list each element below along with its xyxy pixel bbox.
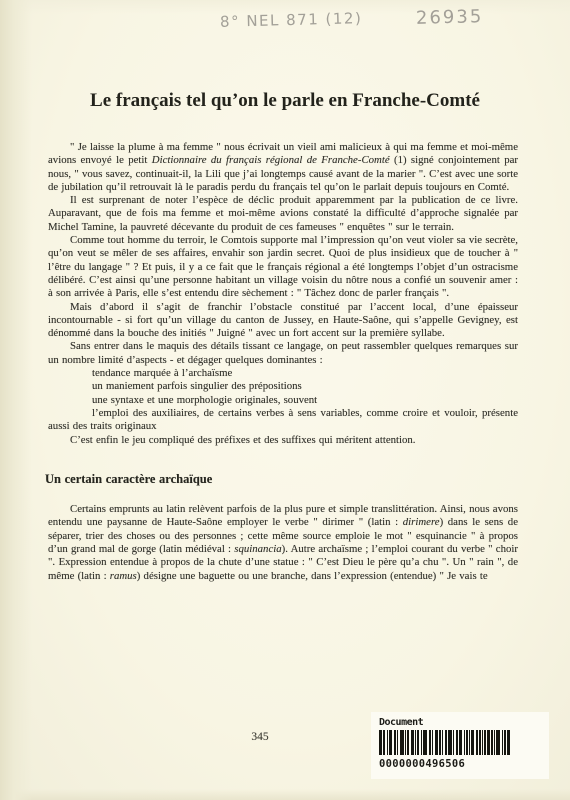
barcode-bar bbox=[507, 730, 510, 755]
text-segment: un maniement parfois singulier des prépo… bbox=[92, 380, 302, 392]
text-segment: Un certain caractère archaïque bbox=[45, 472, 212, 486]
text-segment: Dictionnaire du français régional de Fra… bbox=[152, 154, 390, 166]
text-segment: ramus bbox=[110, 570, 137, 582]
text-segment: Comme tout homme du terroir, le Comtois … bbox=[48, 234, 518, 299]
list-item: un maniement parfois singulier des prépo… bbox=[48, 380, 518, 393]
text-segment: ) désigne une baguette ou une branche, d… bbox=[137, 570, 488, 582]
paragraph: Certains emprunts au latin relèvent parf… bbox=[48, 503, 518, 583]
barcode-number: 0000000496506 bbox=[379, 758, 549, 770]
list-item: l’emploi des auxiliaires, de certains ve… bbox=[48, 407, 518, 434]
paragraph: Mais d’abord il s’agit de franchir l’obs… bbox=[48, 301, 518, 341]
text-segment: Mais d’abord il s’agit de franchir l’obs… bbox=[48, 301, 518, 340]
text-segment: C’est enfin le jeu compliqué des préfixe… bbox=[70, 434, 416, 446]
barcode-label: Document 0000000496506 bbox=[371, 712, 549, 779]
section-heading: Un certain caractère archaïque bbox=[45, 473, 518, 486]
paragraph: C’est enfin le jeu compliqué des préfixe… bbox=[48, 434, 518, 447]
paragraph: Il est surprenant de noter l’espèce de d… bbox=[48, 194, 518, 234]
paragraph: Comme tout homme du terroir, le Comtois … bbox=[48, 234, 518, 300]
text-segment: Il est surprenant de noter l’espèce de d… bbox=[48, 194, 518, 233]
list-item: tendance marquée à l’archaïsme bbox=[48, 367, 518, 380]
paragraph: " Je laisse la plume à ma femme " nous é… bbox=[48, 141, 518, 194]
handwritten-shelfmark: 8° NEL 871 (12) bbox=[220, 9, 363, 31]
text-segment: tendance marquée à l’archaïsme bbox=[92, 367, 232, 379]
handwritten-accession: 26935 bbox=[416, 6, 484, 29]
page-number: 345 bbox=[238, 731, 282, 743]
text-segment: Sans entrer dans le maquis des détails t… bbox=[48, 340, 518, 365]
article-body: " Je laisse la plume à ma femme " nous é… bbox=[48, 141, 518, 583]
barcode bbox=[379, 730, 515, 755]
barcode-title: Document bbox=[379, 717, 549, 728]
text-segment: l’emploi des auxiliaires, de certains ve… bbox=[48, 407, 518, 432]
text-segment: dirimere bbox=[403, 516, 440, 528]
list-item: une syntaxe et une morphologie originale… bbox=[48, 394, 518, 407]
paragraph: Sans entrer dans le maquis des détails t… bbox=[48, 340, 518, 367]
text-segment: une syntaxe et une morphologie originale… bbox=[92, 394, 317, 406]
scanned-page: 8° NEL 871 (12) 26935 Le français tel qu… bbox=[0, 0, 570, 800]
text-segment: squinancia bbox=[234, 543, 281, 555]
article-title: Le français tel qu’on le parle en Franch… bbox=[0, 90, 570, 112]
